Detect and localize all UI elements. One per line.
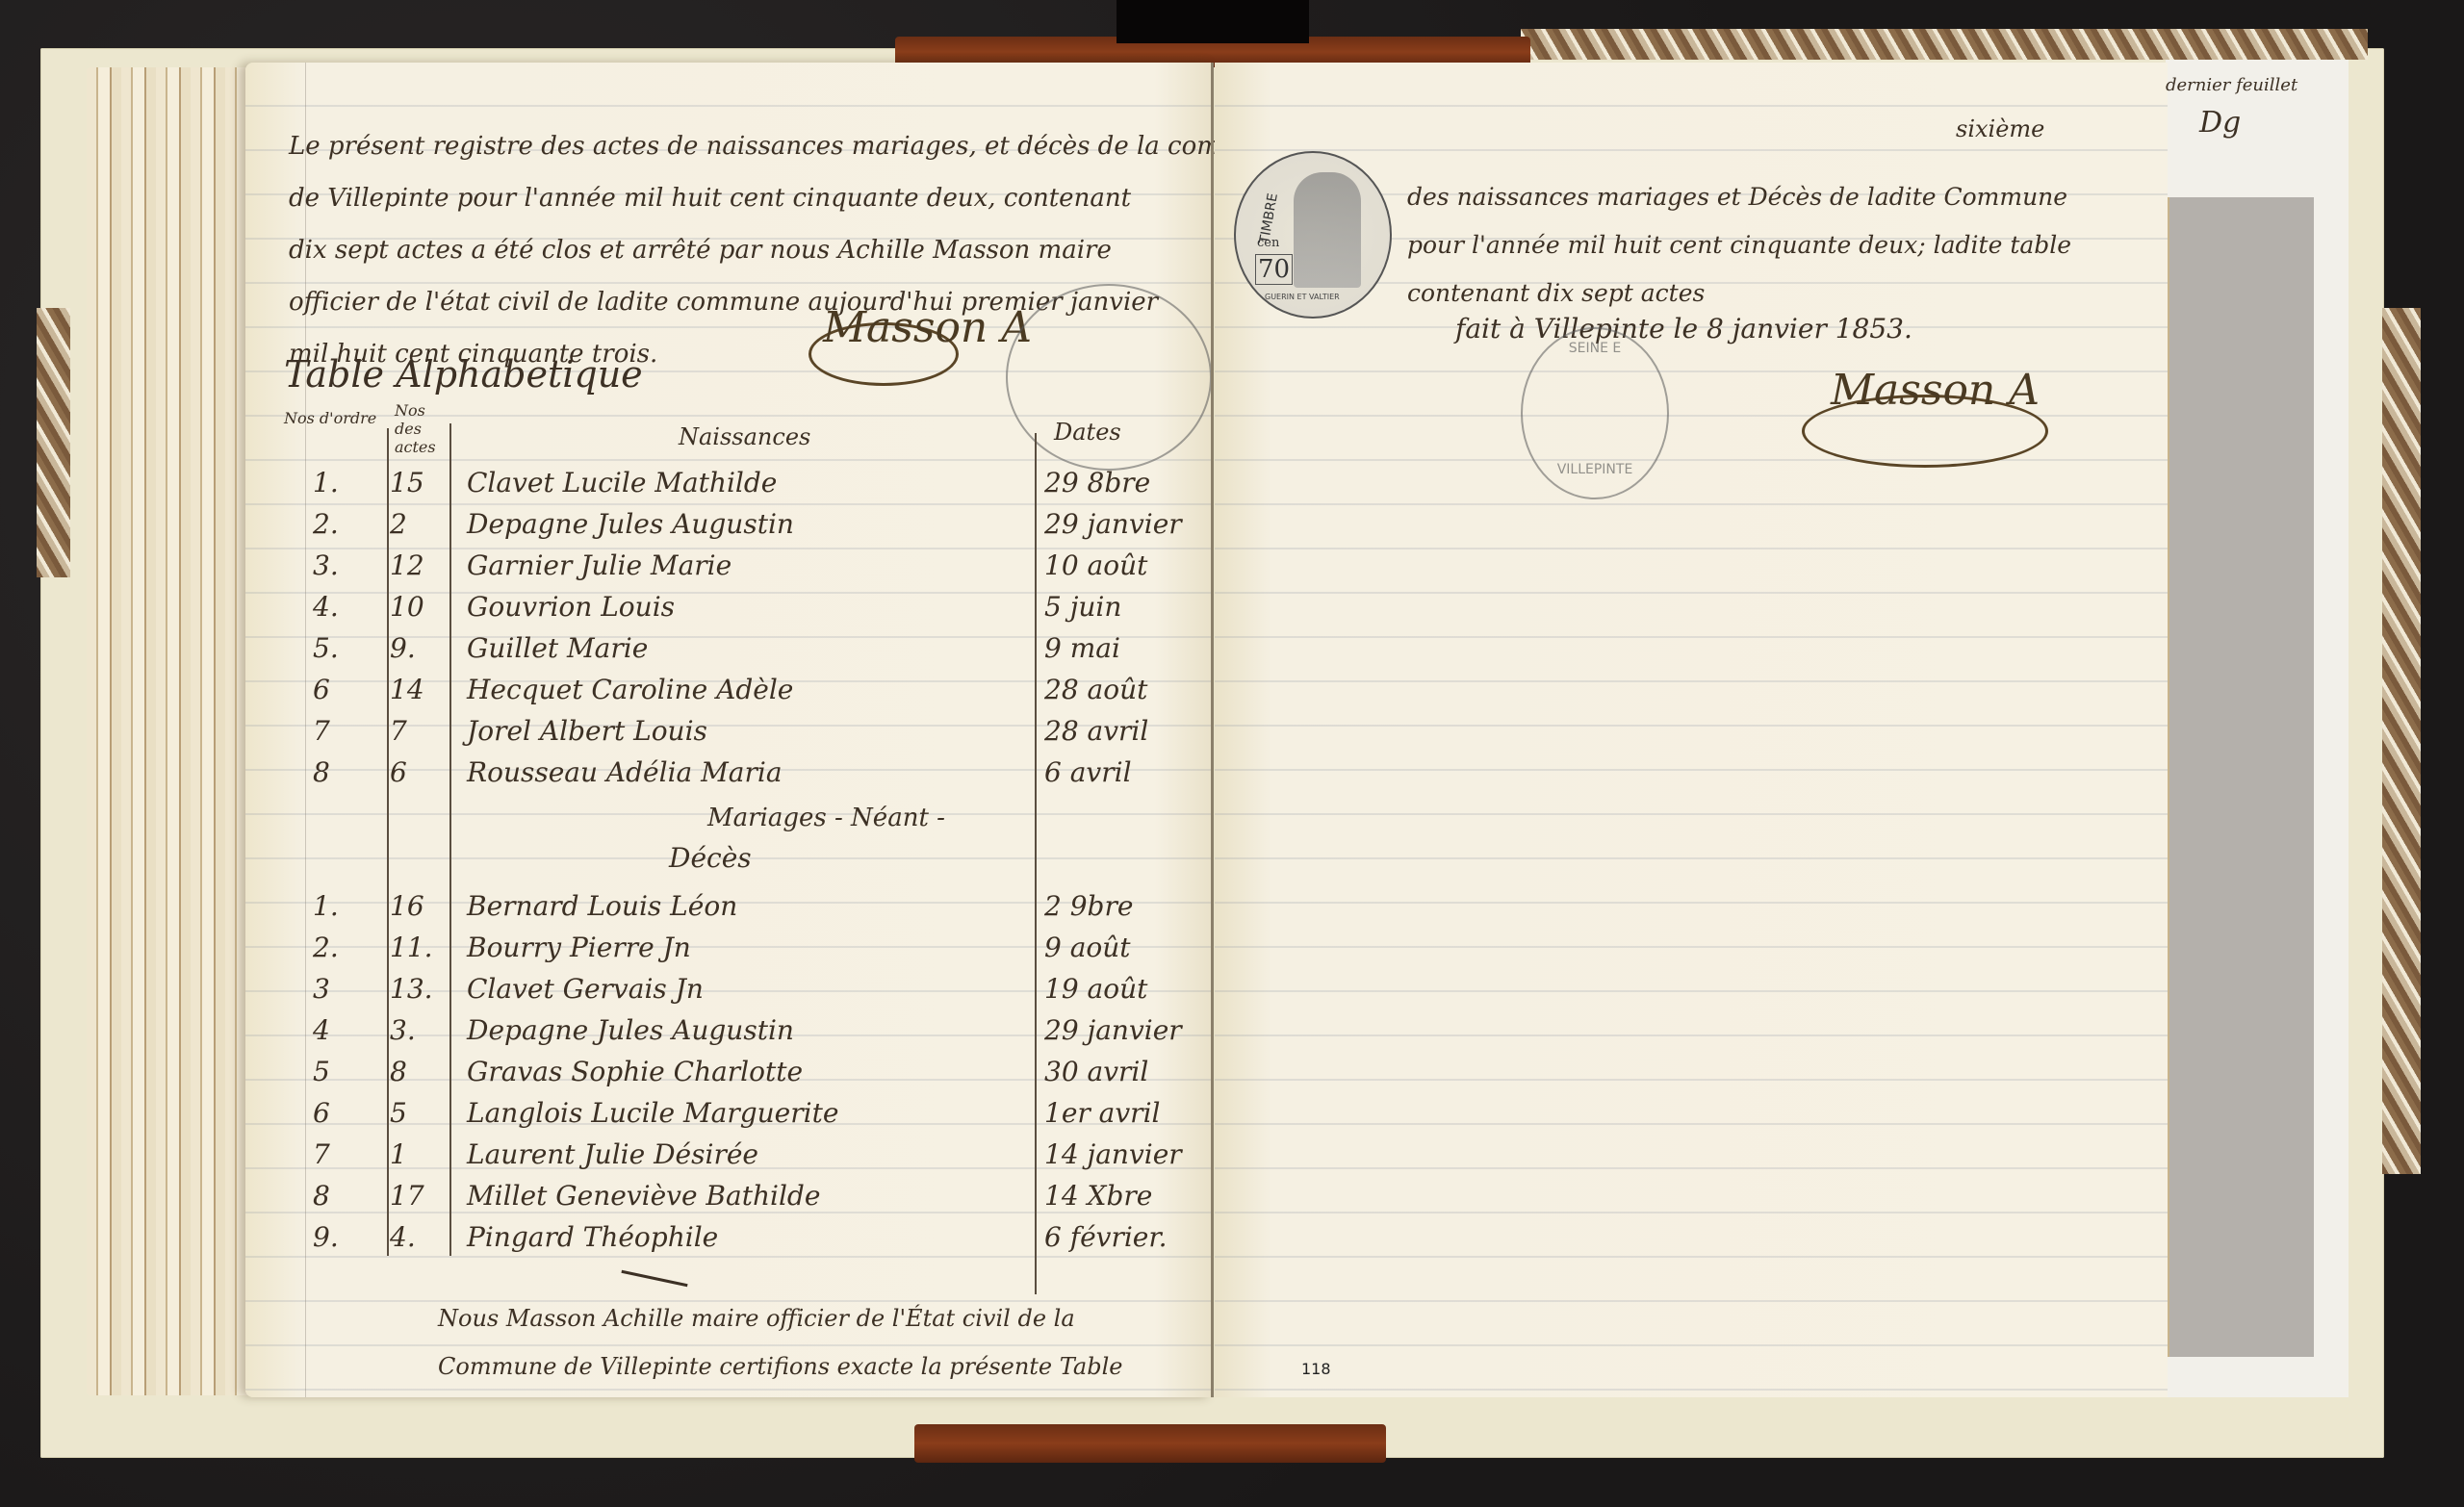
row-act: 17 [390,1180,424,1212]
book-gutter [1211,63,1214,1397]
row-order: 1. [313,467,339,498]
table-row: 6 14 Hecquet Caroline Adèle 28 août [245,674,1208,716]
row-order: 7 [313,1138,330,1170]
table-title: Table Alphabetique [284,353,643,396]
row-act: 1 [390,1138,407,1170]
row-act: 16 [390,890,424,922]
row-name: Guillet Marie [467,632,648,664]
row-date: 9 mai [1044,632,1120,664]
row-act: 9. [390,632,416,664]
row-act: 2 [390,508,407,540]
certification-line: Commune de Villepinte certifions exacte … [438,1342,1122,1391]
continuation-line: contenant dix sept actes [1407,269,2071,318]
row-order: 6 [313,1097,330,1129]
table-row: 5 8 Gravas Sophie Charlotte 30 avril [245,1056,1208,1098]
table-row: 3 13. Clavet Gervais Jn 19 août [245,973,1208,1015]
row-order: 4. [313,591,339,623]
row-date: 10 août [1044,549,1147,581]
row-name: Depagne Jules Augustin [467,508,794,540]
marbled-corner-top [1521,29,2368,60]
section-heading-marriages: Mariages - Néant - [707,804,945,832]
row-name: Bernard Louis Léon [467,890,737,922]
row-act: 15 [390,467,424,498]
row-name: Garnier Julie Marie [467,549,731,581]
seal-top-text: SEINE E [1523,341,1667,356]
end-flourish [621,1270,687,1287]
row-act: 13. [390,973,433,1005]
row-name: Hecquet Caroline Adèle [467,674,793,705]
section-heading-births: Naissances [679,423,810,450]
statement-line: Le présent registre des actes de naissan… [289,120,1291,172]
row-act: 8 [390,1056,407,1087]
row-date: 6 avril [1044,756,1132,788]
table-row: 7 7 Jorel Albert Louis 28 avril [245,715,1208,757]
row-date: 29 janvier [1044,508,1182,540]
row-name: Clavet Gervais Jn [467,973,704,1005]
row-name: Clavet Lucile Mathilde [467,467,777,498]
section-heading-deaths: Décès [669,842,752,874]
row-date: 28 avril [1044,715,1148,747]
column-date-header: Dates [1054,419,1121,446]
stamp-unit: cen [1257,236,1279,250]
seal-bottom-text: VILLEPINTE [1523,462,1667,477]
row-order: 1. [313,890,339,922]
row-date: 14 Xbre [1044,1180,1152,1212]
row-name: Gravas Sophie Charlotte [467,1056,803,1087]
statement-line: dix sept actes a été clos et arrêté par … [289,224,1291,276]
row-order: 5. [313,632,339,664]
row-order: 5 [313,1056,330,1087]
signature: Masson A [1831,366,2040,415]
row-act: 4. [390,1221,416,1253]
revenue-stamp: TIMBRE cen 70 GUERIN ET VALTIER [1234,151,1392,319]
stamp-value: 70 [1255,254,1293,285]
row-date: 6 février. [1044,1221,1168,1253]
row-name: Rousseau Adélia Maria [467,756,783,788]
row-order: 8 [313,1180,330,1212]
row-act: 7 [390,715,407,747]
row-date: 9 août [1044,932,1131,963]
table-row: 3. 12 Garnier Julie Marie 10 août [245,549,1208,592]
table-row: 8 17 Millet Geneviève Bathilde 14 Xbre [245,1180,1208,1222]
row-date: 29 8bre [1044,467,1150,498]
row-date: 14 janvier [1044,1138,1182,1170]
row-act: 12 [390,549,424,581]
table-row: 2. 2 Depagne Jules Augustin 29 janvier [245,508,1208,550]
column-act-header: Nos des actes [395,401,452,456]
continuation-line: pour l'année mil huit cent cinquante deu… [1407,221,2071,269]
row-order: 2. [313,508,339,540]
row-order: 6 [313,674,330,705]
row-name: Pingard Théophile [467,1221,718,1253]
table-row: 9. 4. Pingard Théophile 6 février. [245,1221,1208,1264]
table-row: 1. 16 Bernard Louis Léon 2 9bre [245,890,1208,932]
table-row: 1. 15 Clavet Lucile Mathilde 29 8bre [245,467,1208,509]
spine-shadow [1116,0,1309,43]
table-row: 8 6 Rousseau Adélia Maria 6 avril [245,756,1208,799]
row-order: 8 [313,756,330,788]
row-act: 3. [390,1014,416,1046]
continuation-text: des naissances mariages et Décès de ladi… [1407,173,2071,318]
row-name: Gouvrion Louis [467,591,675,623]
marbled-corner-right [2382,308,2421,1174]
row-date: 5 juin [1044,591,1121,623]
row-act: 11. [390,932,433,963]
table-row: 4. 10 Gouvrion Louis 5 juin [245,591,1208,633]
certification-statement: Nous Masson Achille maire officier de l'… [438,1294,1122,1391]
row-name: Bourry Pierre Jn [467,932,691,963]
row-order: 9. [313,1221,339,1253]
continuation-line: des naissances mariages et Décès de ladi… [1407,173,2071,221]
row-date: 1er avril [1044,1097,1160,1129]
row-name: Laurent Julie Désirée [467,1138,758,1170]
row-order: 3 [313,973,330,1005]
edge-note: dernier feuillet [2166,75,2297,95]
edge-mark: Dg [2199,106,2241,140]
row-order: 2. [313,932,339,963]
row-act: 10 [390,591,424,623]
row-order: 7 [313,715,330,747]
row-date: 2 9bre [1044,890,1133,922]
row-date: 19 août [1044,973,1147,1005]
grey-interleaf-sheet [2168,197,2314,1357]
row-order: 3. [313,549,339,581]
row-name: Millet Geneviève Bathilde [467,1180,820,1212]
row-date: 30 avril [1044,1056,1148,1087]
table-row: 2. 11. Bourry Pierre Jn 9 août [245,932,1208,974]
row-act: 14 [390,674,424,705]
row-act: 6 [390,756,407,788]
page-stack-edges [87,67,260,1395]
binding-strap-bottom [914,1424,1386,1463]
row-date: 29 janvier [1044,1014,1182,1046]
table-row: 5. 9. Guillet Marie 9 mai [245,632,1208,675]
column-order-header: Nos d'ordre [284,409,376,427]
folio-number: 118 [1301,1360,1331,1378]
row-date: 28 août [1044,674,1147,705]
table-row: 6 5 Langlois Lucile Marguerite 1er avril [245,1097,1208,1139]
signature-top: Masson A [823,303,1032,352]
left-page: Le présent registre des actes de naissan… [245,63,1213,1397]
stamp-printer: GUERIN ET VALTIER [1265,293,1340,301]
table-row: 4 3. Depagne Jules Augustin 29 janvier [245,1014,1208,1057]
row-act: 5 [390,1097,407,1129]
row-order: 4 [313,1014,330,1046]
statement-line: de Villepinte pour l'année mil huit cent… [289,172,1291,224]
right-page: TIMBRE cen 70 GUERIN ET VALTIER sixième … [1215,63,2168,1397]
top-note: sixième [1956,115,2044,142]
row-name: Jorel Albert Louis [467,715,707,747]
row-name: Depagne Jules Augustin [467,1014,794,1046]
certification-line: Nous Masson Achille maire officier de l'… [438,1294,1122,1342]
justice-figure-icon [1294,172,1361,288]
table-row: 7 1 Laurent Julie Désirée 14 janvier [245,1138,1208,1181]
marbled-corner-left [37,308,70,577]
municipal-seal: SEINE E VILLEPINTE [1521,327,1669,499]
row-name: Langlois Lucile Marguerite [467,1097,838,1129]
